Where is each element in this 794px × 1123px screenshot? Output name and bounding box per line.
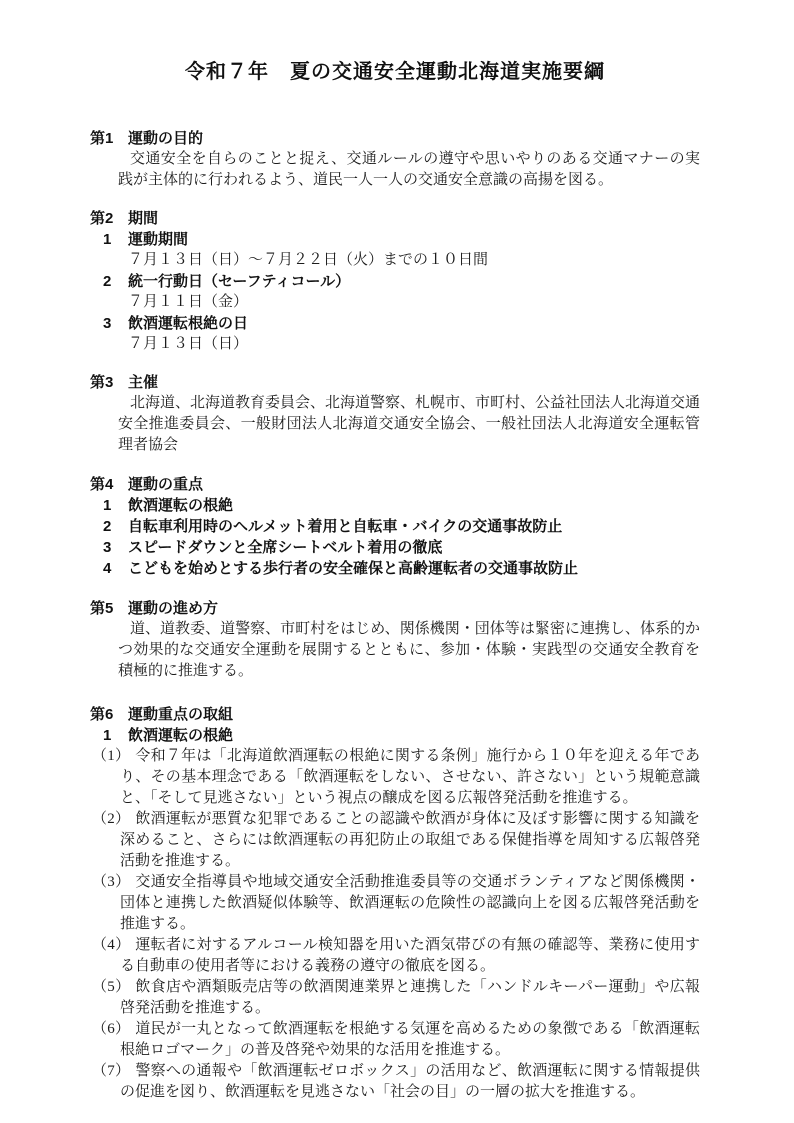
sub-item-title: 運動期間 bbox=[128, 229, 188, 250]
priority-item: 3 スピードダウンと全席シートベルト着用の徹底 bbox=[103, 537, 700, 558]
sub-item-heading: 1 飲酒運転の根絶 bbox=[103, 725, 700, 746]
priority-item: 1 飲酒運転の根絶 bbox=[103, 495, 700, 516]
document-page: 令和７年 夏の交通安全運動北海道実施要綱 第1 運動の目的 交通安全を自らのこと… bbox=[0, 0, 794, 1123]
section-heading: 第6 運動重点の取組 bbox=[90, 704, 700, 725]
sub-item-title: こどもを始めとする歩行者の安全確保と高齢運転者の交通事故防止 bbox=[128, 558, 578, 579]
section-number: 第2 bbox=[90, 208, 128, 229]
sub-item: 2 統一行動日（セーフティコール） ７月１１日（金） bbox=[90, 271, 700, 313]
point-item: （1）令和７年は「北海道飲酒運転の根絶に関する条例」施行から１０年を迎える年であ… bbox=[92, 746, 700, 809]
section-number: 第3 bbox=[90, 372, 128, 393]
point-text: 警察への通報や「飲酒運転ゼロボックス」の活用など、飲酒運転に関する情報提供の促進… bbox=[120, 1063, 700, 1100]
section-number: 第4 bbox=[90, 474, 128, 495]
sub-item-number: 3 bbox=[103, 313, 128, 334]
point-item: （6）道民が一丸となって飲酒運転を根絶する気運を高めるための象徴である「飲酒運転… bbox=[92, 1019, 700, 1061]
section-heading: 第5 運動の進め方 bbox=[90, 598, 700, 619]
priority-item: 4 こどもを始めとする歩行者の安全確保と高齢運転者の交通事故防止 bbox=[103, 558, 700, 579]
section-number: 第1 bbox=[90, 128, 128, 149]
point-number: （6） bbox=[92, 1021, 130, 1037]
section-title: 運動重点の取組 bbox=[128, 704, 233, 725]
section-priorities: 第4 運動の重点 1 飲酒運転の根絶 2 自転車利用時のヘルメット着用と自転車・… bbox=[90, 474, 700, 579]
section-title: 期間 bbox=[128, 208, 158, 229]
section-title: 運動の進め方 bbox=[128, 598, 218, 619]
sub-item-title: 自転車利用時のヘルメット着用と自転車・バイクの交通事故防止 bbox=[128, 516, 562, 537]
section-heading: 第1 運動の目的 bbox=[90, 128, 700, 149]
section-heading: 第3 主催 bbox=[90, 372, 700, 393]
sub-item-number: 2 bbox=[103, 516, 128, 537]
sub-item-number: 1 bbox=[103, 229, 128, 250]
point-text: 運転者に対するアルコール検知器を用いた酒気帯びの有無の確認等、業務に使用する自動… bbox=[120, 937, 700, 974]
paragraph: 北海道、北海道教育委員会、北海道警察、札幌市、市町村、公益社団法人北海道交通安全… bbox=[118, 393, 700, 456]
paragraph: 交通安全を自らのことと捉え、交通ルールの遵守や思いやりのある交通マナーの実践が主… bbox=[118, 149, 700, 191]
sub-item-value: ７月１３日（日）～７月２２日（火）までの１０日間 bbox=[128, 250, 700, 271]
point-item: （2）飲酒運転が悪質な犯罪であることの認識や飲酒が身体に及ぼす影響に関する知識を… bbox=[92, 809, 700, 872]
point-number: （5） bbox=[92, 979, 130, 995]
sub-item-title: 飲酒運転根絶の日 bbox=[128, 313, 248, 334]
section-number: 第6 bbox=[90, 704, 128, 725]
sub-item-title: 飲酒運転の根絶 bbox=[128, 725, 233, 746]
sub-item-number: 1 bbox=[103, 725, 128, 746]
section-approach: 第5 運動の進め方 道、道教委、道警察、市町村をはじめ、関係機関・団体等は緊密に… bbox=[90, 598, 700, 682]
sub-item-title: 飲酒運転の根絶 bbox=[128, 495, 233, 516]
sub-item-title: スピードダウンと全席シートベルト着用の徹底 bbox=[128, 537, 442, 558]
sub-item-number: 1 bbox=[103, 495, 128, 516]
section-title: 運動の重点 bbox=[128, 474, 203, 495]
section-sponsors: 第3 主催 北海道、北海道教育委員会、北海道警察、札幌市、市町村、公益社団法人北… bbox=[90, 372, 700, 456]
point-item: （3）交通安全指導員や地域交通安全活動推進委員等の交通ボランティアなど関係機関・… bbox=[92, 872, 700, 935]
sub-item-number: 3 bbox=[103, 537, 128, 558]
point-text: 飲食店や酒類販売店等の飲酒関連業界と連携した「ハンドルキーパー運動」や広報啓発活… bbox=[120, 979, 700, 1016]
section-title: 主催 bbox=[128, 372, 158, 393]
sub-item-heading: 3 飲酒運転根絶の日 bbox=[103, 313, 700, 334]
point-number: （2） bbox=[92, 811, 130, 827]
paragraph: 道、道教委、道警察、市町村をはじめ、関係機関・団体等は緊密に連携し、体系的かつ効… bbox=[118, 619, 700, 682]
sub-item-number: 2 bbox=[103, 271, 128, 292]
point-number: （1） bbox=[92, 748, 130, 764]
point-text: 道民が一丸となって飲酒運転を根絶する気運を高めるための象徴である「飲酒運転根絶ロ… bbox=[120, 1021, 700, 1058]
sub-item-number: 4 bbox=[103, 558, 128, 579]
section-purpose: 第1 運動の目的 交通安全を自らのことと捉え、交通ルールの遵守や思いやりのある交… bbox=[90, 128, 700, 191]
point-text: 令和７年は「北海道飲酒運転の根絶に関する条例」施行から１０年を迎える年であり、そ… bbox=[120, 748, 700, 806]
sub-item-value: ７月１１日（金） bbox=[128, 292, 700, 313]
page-title: 令和７年 夏の交通安全運動北海道実施要綱 bbox=[90, 58, 700, 86]
section-title: 運動の目的 bbox=[128, 128, 203, 149]
section-initiatives: 第6 運動重点の取組 1 飲酒運転の根絶 （1）令和７年は「北海道飲酒運転の根絶… bbox=[90, 704, 700, 1103]
point-item: （7）警察への通報や「飲酒運転ゼロボックス」の活用など、飲酒運転に関する情報提供… bbox=[92, 1061, 700, 1103]
sub-item-heading: 1 運動期間 bbox=[103, 229, 700, 250]
section-number: 第5 bbox=[90, 598, 128, 619]
priority-item: 2 自転車利用時のヘルメット着用と自転車・バイクの交通事故防止 bbox=[103, 516, 700, 537]
point-number: （4） bbox=[92, 937, 130, 953]
section-heading: 第2 期間 bbox=[90, 208, 700, 229]
point-number: （7） bbox=[92, 1063, 130, 1079]
point-item: （5）飲食店や酒類販売店等の飲酒関連業界と連携した「ハンドルキーパー運動」や広報… bbox=[92, 977, 700, 1019]
sub-item-value: ７月１３日（日） bbox=[128, 334, 700, 355]
point-text: 交通安全指導員や地域交通安全活動推進委員等の交通ボランティアなど関係機関・団体と… bbox=[120, 874, 700, 932]
sub-item: 1 運動期間 ７月１３日（日）～７月２２日（火）までの１０日間 bbox=[90, 229, 700, 271]
point-item: （4）運転者に対するアルコール検知器を用いた酒気帯びの有無の確認等、業務に使用す… bbox=[92, 935, 700, 977]
section-period: 第2 期間 1 運動期間 ７月１３日（日）～７月２２日（火）までの１０日間 2 … bbox=[90, 208, 700, 355]
sub-item: 3 飲酒運転根絶の日 ７月１３日（日） bbox=[90, 313, 700, 355]
sub-item-heading: 2 統一行動日（セーフティコール） bbox=[103, 271, 700, 292]
point-number: （3） bbox=[92, 874, 130, 890]
section-heading: 第4 運動の重点 bbox=[90, 474, 700, 495]
point-text: 飲酒運転が悪質な犯罪であることの認識や飲酒が身体に及ぼす影響に関する知識を深める… bbox=[120, 811, 700, 869]
sub-item-title: 統一行動日（セーフティコール） bbox=[128, 271, 350, 292]
